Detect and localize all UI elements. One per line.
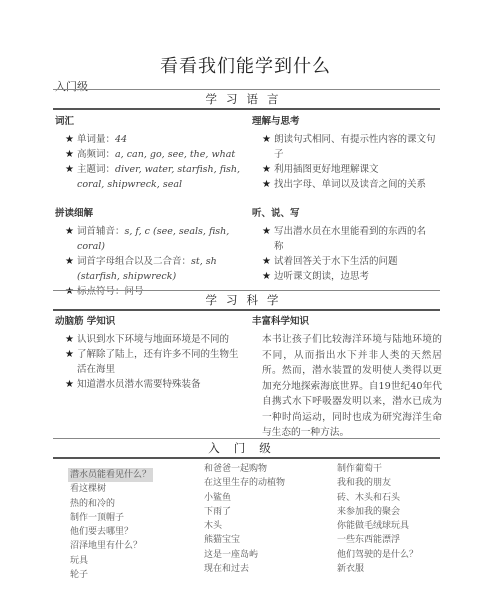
star-icon: ★ — [65, 147, 74, 162]
book-title: 木头 — [204, 519, 285, 533]
star-icon: ★ — [262, 224, 271, 239]
book-title: 沼泽地里有什么？ — [70, 539, 153, 553]
phonics-section: 拼读细解 ★词首辅音：s, f, c (see, seals, fish, co… — [55, 205, 250, 299]
band-learn-science: 学习科学 — [53, 290, 440, 311]
book-title: 这是一座岛屿 — [204, 548, 285, 562]
star-icon: ★ — [262, 132, 271, 147]
rich-science-heading: 丰富科学知识 — [252, 313, 442, 327]
book-title: 热的和冷的 — [70, 497, 153, 511]
book-titles-column-1: 潜水员能看见什么？ 看这棵树 热的和冷的 制作一顶帽子 他们要去哪里？ 沼泽地里… — [70, 462, 153, 582]
brain-section: 动脑筋 学知识 ★认识到水下环境与地面环境是不同的 ★了解除了陆上，还有许多不同… — [55, 313, 245, 392]
book-title: 在这里生存的动植物 — [204, 476, 285, 490]
book-title: 下雨了 — [204, 505, 285, 519]
book-title: 轮子 — [70, 568, 153, 582]
book-title: 看这棵树 — [70, 482, 153, 496]
book-title: 他们要去哪里？ — [70, 525, 153, 539]
book-title: 来参加我的聚会 — [337, 505, 418, 519]
vocab-section: 词汇 ★单词量：44 ★高频词：a, can, go, see, the, wh… — [55, 113, 250, 192]
vocab-heading: 词汇 — [55, 113, 250, 127]
vocab-item: ★单词量：44 — [65, 132, 250, 147]
phonics-heading: 拼读细解 — [55, 205, 250, 219]
star-icon: ★ — [65, 347, 74, 362]
star-icon: ★ — [262, 269, 271, 284]
comprehension-item: ★找出字母、单词以及读音之间的关系 — [262, 177, 442, 192]
brain-item: ★认识到水下环境与地面环境是不同的 — [65, 332, 245, 347]
lsw-item: ★写出潜水员在水里能看到的东西的名称 — [262, 224, 427, 254]
comprehension-section: 理解与思考 ★朗读句式相同、有提示性内容的课文句子 ★利用插图更好地理解课文 ★… — [252, 113, 442, 192]
band-learn-language: 学习语言 — [53, 89, 440, 110]
book-title: 砖、木头和石头 — [337, 491, 418, 505]
book-titles-column-3: 制作葡萄干 我和我的朋友 砖、木头和石头 来参加我的聚会 你能做毛绒球玩具 一些… — [337, 462, 418, 576]
star-icon: ★ — [65, 332, 74, 347]
book-title: 玩具 — [70, 554, 153, 568]
lsw-item: ★试着回答关于水下生活的问题 — [262, 254, 427, 269]
book-title-highlighted: 潜水员能看见什么？ — [68, 468, 153, 482]
brain-item: ★知道潜水员潜水需要特殊装备 — [65, 377, 245, 392]
phonics-item: ★词首辅音：s, f, c (see, seals, fish, coral) — [65, 224, 250, 254]
brain-item: ★了解除了陆上，还有许多不同的生物生活在海里 — [65, 347, 245, 377]
rich-science-paragraph: 本书让孩子们比较海洋环境与陆地环境的不同，从而指出水下并非人类的天然居所。然而，… — [252, 332, 442, 441]
star-icon: ★ — [65, 224, 74, 239]
star-icon: ★ — [262, 177, 271, 192]
book-title: 他们驾驶的是什么？ — [337, 548, 418, 562]
star-icon: ★ — [262, 162, 271, 177]
phonics-item: ★词首字母组合以及二合音：st, sh (starfish, shipwreck… — [65, 254, 250, 284]
star-icon: ★ — [65, 254, 74, 269]
comprehension-item: ★朗读句式相同、有提示性内容的课文句子 — [262, 132, 442, 162]
book-title: 你能做毛绒球玩具 — [337, 519, 418, 533]
book-title: 熊猫宝宝 — [204, 533, 285, 547]
book-title: 小鲨鱼 — [204, 491, 285, 505]
book-title: 现在和过去 — [204, 562, 285, 576]
star-icon: ★ — [65, 132, 74, 147]
comprehension-item: ★利用插图更好地理解课文 — [262, 162, 442, 177]
book-title: 制作一顶帽子 — [70, 511, 153, 525]
lsw-item: ★边听课文朗读，边思考 — [262, 269, 427, 284]
star-icon: ★ — [262, 254, 271, 269]
page-title: 看看我们能学到什么 — [0, 52, 491, 78]
brain-heading: 动脑筋 学知识 — [55, 313, 245, 327]
book-title: 新衣服 — [337, 562, 418, 576]
star-icon: ★ — [65, 377, 74, 392]
book-title: 一些东西能漂浮 — [337, 533, 418, 547]
book-title: 制作葡萄干 — [337, 462, 418, 476]
star-icon: ★ — [65, 162, 74, 177]
listen-speak-write-section: 听、说、写 ★写出潜水员在水里能看到的东西的名称 ★试着回答关于水下生活的问题 … — [252, 205, 427, 284]
comprehension-heading: 理解与思考 — [252, 113, 442, 127]
lsw-heading: 听、说、写 — [252, 205, 427, 219]
book-title: 我和我的朋友 — [337, 476, 418, 490]
vocab-item: ★主题词：diver, water, starfish, fish, coral… — [65, 162, 250, 192]
book-title: 和爸爸一起购物 — [204, 462, 285, 476]
book-titles-column-2: 和爸爸一起购物 在这里生存的动植物 小鲨鱼 下雨了 木头 熊猫宝宝 这是一座岛屿… — [204, 462, 285, 576]
rich-science-section: 丰富科学知识 本书让孩子们比较海洋环境与陆地环境的不同，从而指出水下并非人类的天… — [252, 313, 442, 441]
band-level: 入门级 — [53, 438, 440, 459]
vocab-item: ★高频词：a, can, go, see, the, what — [65, 147, 250, 162]
